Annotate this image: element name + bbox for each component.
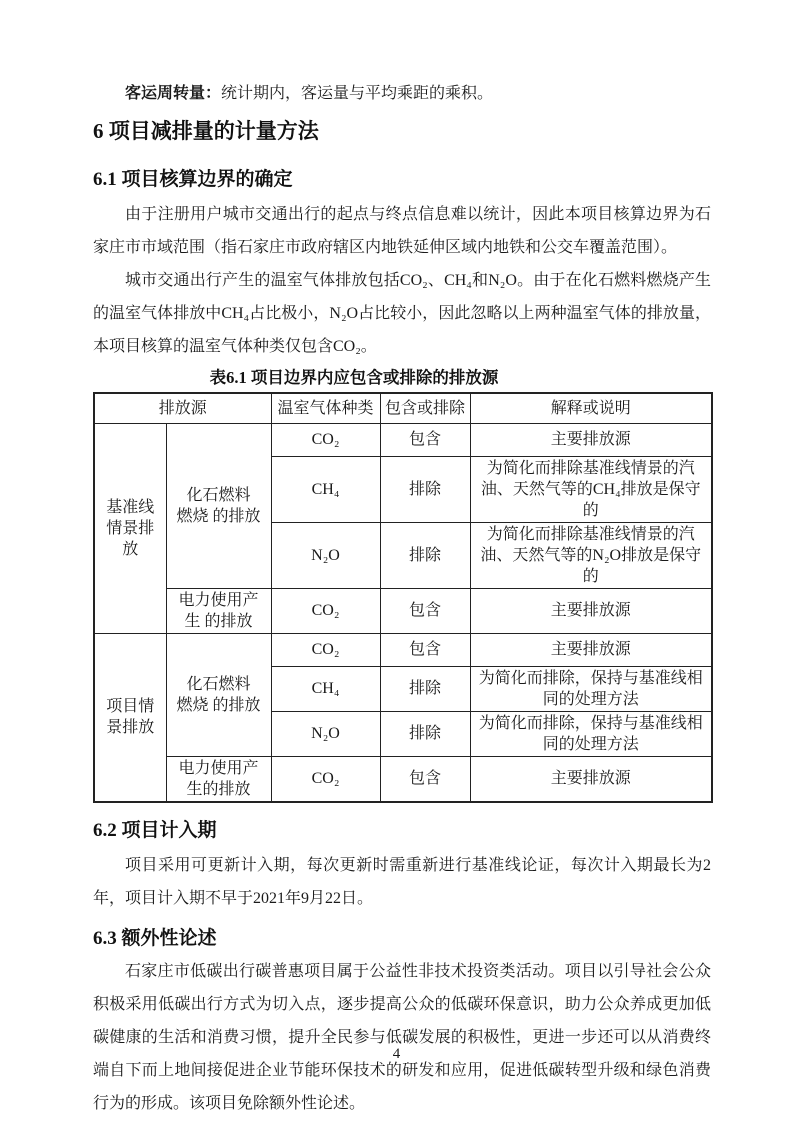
source-cell-fossil: 化石燃料 燃烧 的排放 <box>166 423 271 588</box>
status-cell: 排除 <box>380 522 470 588</box>
definition-paragraph: 客运周转量：统计期内，客运量与平均乘距的乘积。 <box>93 77 711 110</box>
gas-cell: CH₄ <box>271 666 380 711</box>
header-source: 排放源 <box>94 393 271 423</box>
definition-text: 统计期内，客运量与平均乘距的乘积。 <box>221 85 493 102</box>
table-header-row: 排放源 温室气体种类 包含或排除 解释或说明 <box>94 393 712 423</box>
status-cell: 排除 <box>380 666 470 711</box>
status-cell: 包含 <box>380 588 470 633</box>
status-cell: 包含 <box>380 756 470 802</box>
note-cell: 为简化而排除基准线情景的汽油、天然气等的N₂O排放是保守的 <box>470 522 712 588</box>
header-note: 解释或说明 <box>470 393 712 423</box>
heading-section-6: 6 项目减排量的计量方法 <box>93 118 711 144</box>
gas-cell: CO₂ <box>271 423 380 456</box>
paragraph-additionality: 石家庄市低碳出行碳普惠项目属于公益性非技术投资类活动。项目以引导社会公众积极采用… <box>93 955 711 1120</box>
gas-cell: N₂O <box>271 711 380 756</box>
table-title: 表6.1 项目边界内应包含或排除的排放源 <box>93 367 711 389</box>
table-row: 电力使用产 生 的排放 CO₂ 包含 主要排放源 <box>94 588 712 633</box>
document-page: 客运周转量：统计期内，客运量与平均乘距的乘积。 6 项目减排量的计量方法 6.1… <box>0 0 793 1122</box>
table-row: 电力使用产 生的排放 CO₂ 包含 主要排放源 <box>94 756 712 802</box>
gas-cell: CO₂ <box>271 756 380 802</box>
note-cell: 为简化而排除，保持与基准线相同的处理方法 <box>470 666 712 711</box>
note-cell: 为简化而排除，保持与基准线相同的处理方法 <box>470 711 712 756</box>
paragraph-crediting-period: 项目采用可更新计入期，每次更新时需重新进行基准线论证，每次计入期最长为2年，项目… <box>93 849 711 915</box>
paragraph-boundary-1: 由于注册用户城市交通出行的起点与终点信息难以统计，因此本项目核算边界为石家庄市市… <box>93 198 711 264</box>
status-cell: 包含 <box>380 633 470 666</box>
heading-section-6-2: 6.2 项目计入期 <box>93 819 711 843</box>
source-cell-power: 电力使用产 生 的排放 <box>166 588 271 633</box>
source-cell-power: 电力使用产 生的排放 <box>166 756 271 802</box>
page-number: 4 <box>0 1046 793 1063</box>
scenario-cell-baseline: 基准线 情景排放 <box>94 423 166 633</box>
heading-section-6-1: 6.1 项目核算边界的确定 <box>93 168 711 192</box>
scenario-cell-project: 项目情 景排放 <box>94 633 166 802</box>
table-row: 基准线 情景排放 化石燃料 燃烧 的排放 CO₂ 包含 主要排放源 <box>94 423 712 456</box>
gas-cell: CH₄ <box>271 456 380 522</box>
source-cell-fossil: 化石燃料 燃烧 的排放 <box>166 633 271 756</box>
note-cell: 主要排放源 <box>470 423 712 456</box>
heading-section-6-3: 6.3 额外性论述 <box>93 927 711 951</box>
table-row: 项目情 景排放 化石燃料 燃烧 的排放 CO₂ 包含 主要排放源 <box>94 633 712 666</box>
gas-cell: CO₂ <box>271 588 380 633</box>
note-cell: 为简化而排除基准线情景的汽油、天然气等的CH₄排放是保守的 <box>470 456 712 522</box>
gas-cell: CO₂ <box>271 633 380 666</box>
status-cell: 包含 <box>380 423 470 456</box>
emissions-table: 排放源 温室气体种类 包含或排除 解释或说明 基准线 情景排放 化石燃料 燃烧 … <box>93 392 713 803</box>
header-include: 包含或排除 <box>380 393 470 423</box>
status-cell: 排除 <box>380 456 470 522</box>
paragraph-boundary-2: 城市交通出行产生的温室气体排放包括CO₂、CH₄和N₂O。由于在化石燃料燃烧产生… <box>93 264 711 363</box>
note-cell: 主要排放源 <box>470 756 712 802</box>
note-cell: 主要排放源 <box>470 588 712 633</box>
header-gas: 温室气体种类 <box>271 393 380 423</box>
note-cell: 主要排放源 <box>470 633 712 666</box>
gas-cell: N₂O <box>271 522 380 588</box>
definition-term: 客运周转量： <box>125 85 221 102</box>
status-cell: 排除 <box>380 711 470 756</box>
